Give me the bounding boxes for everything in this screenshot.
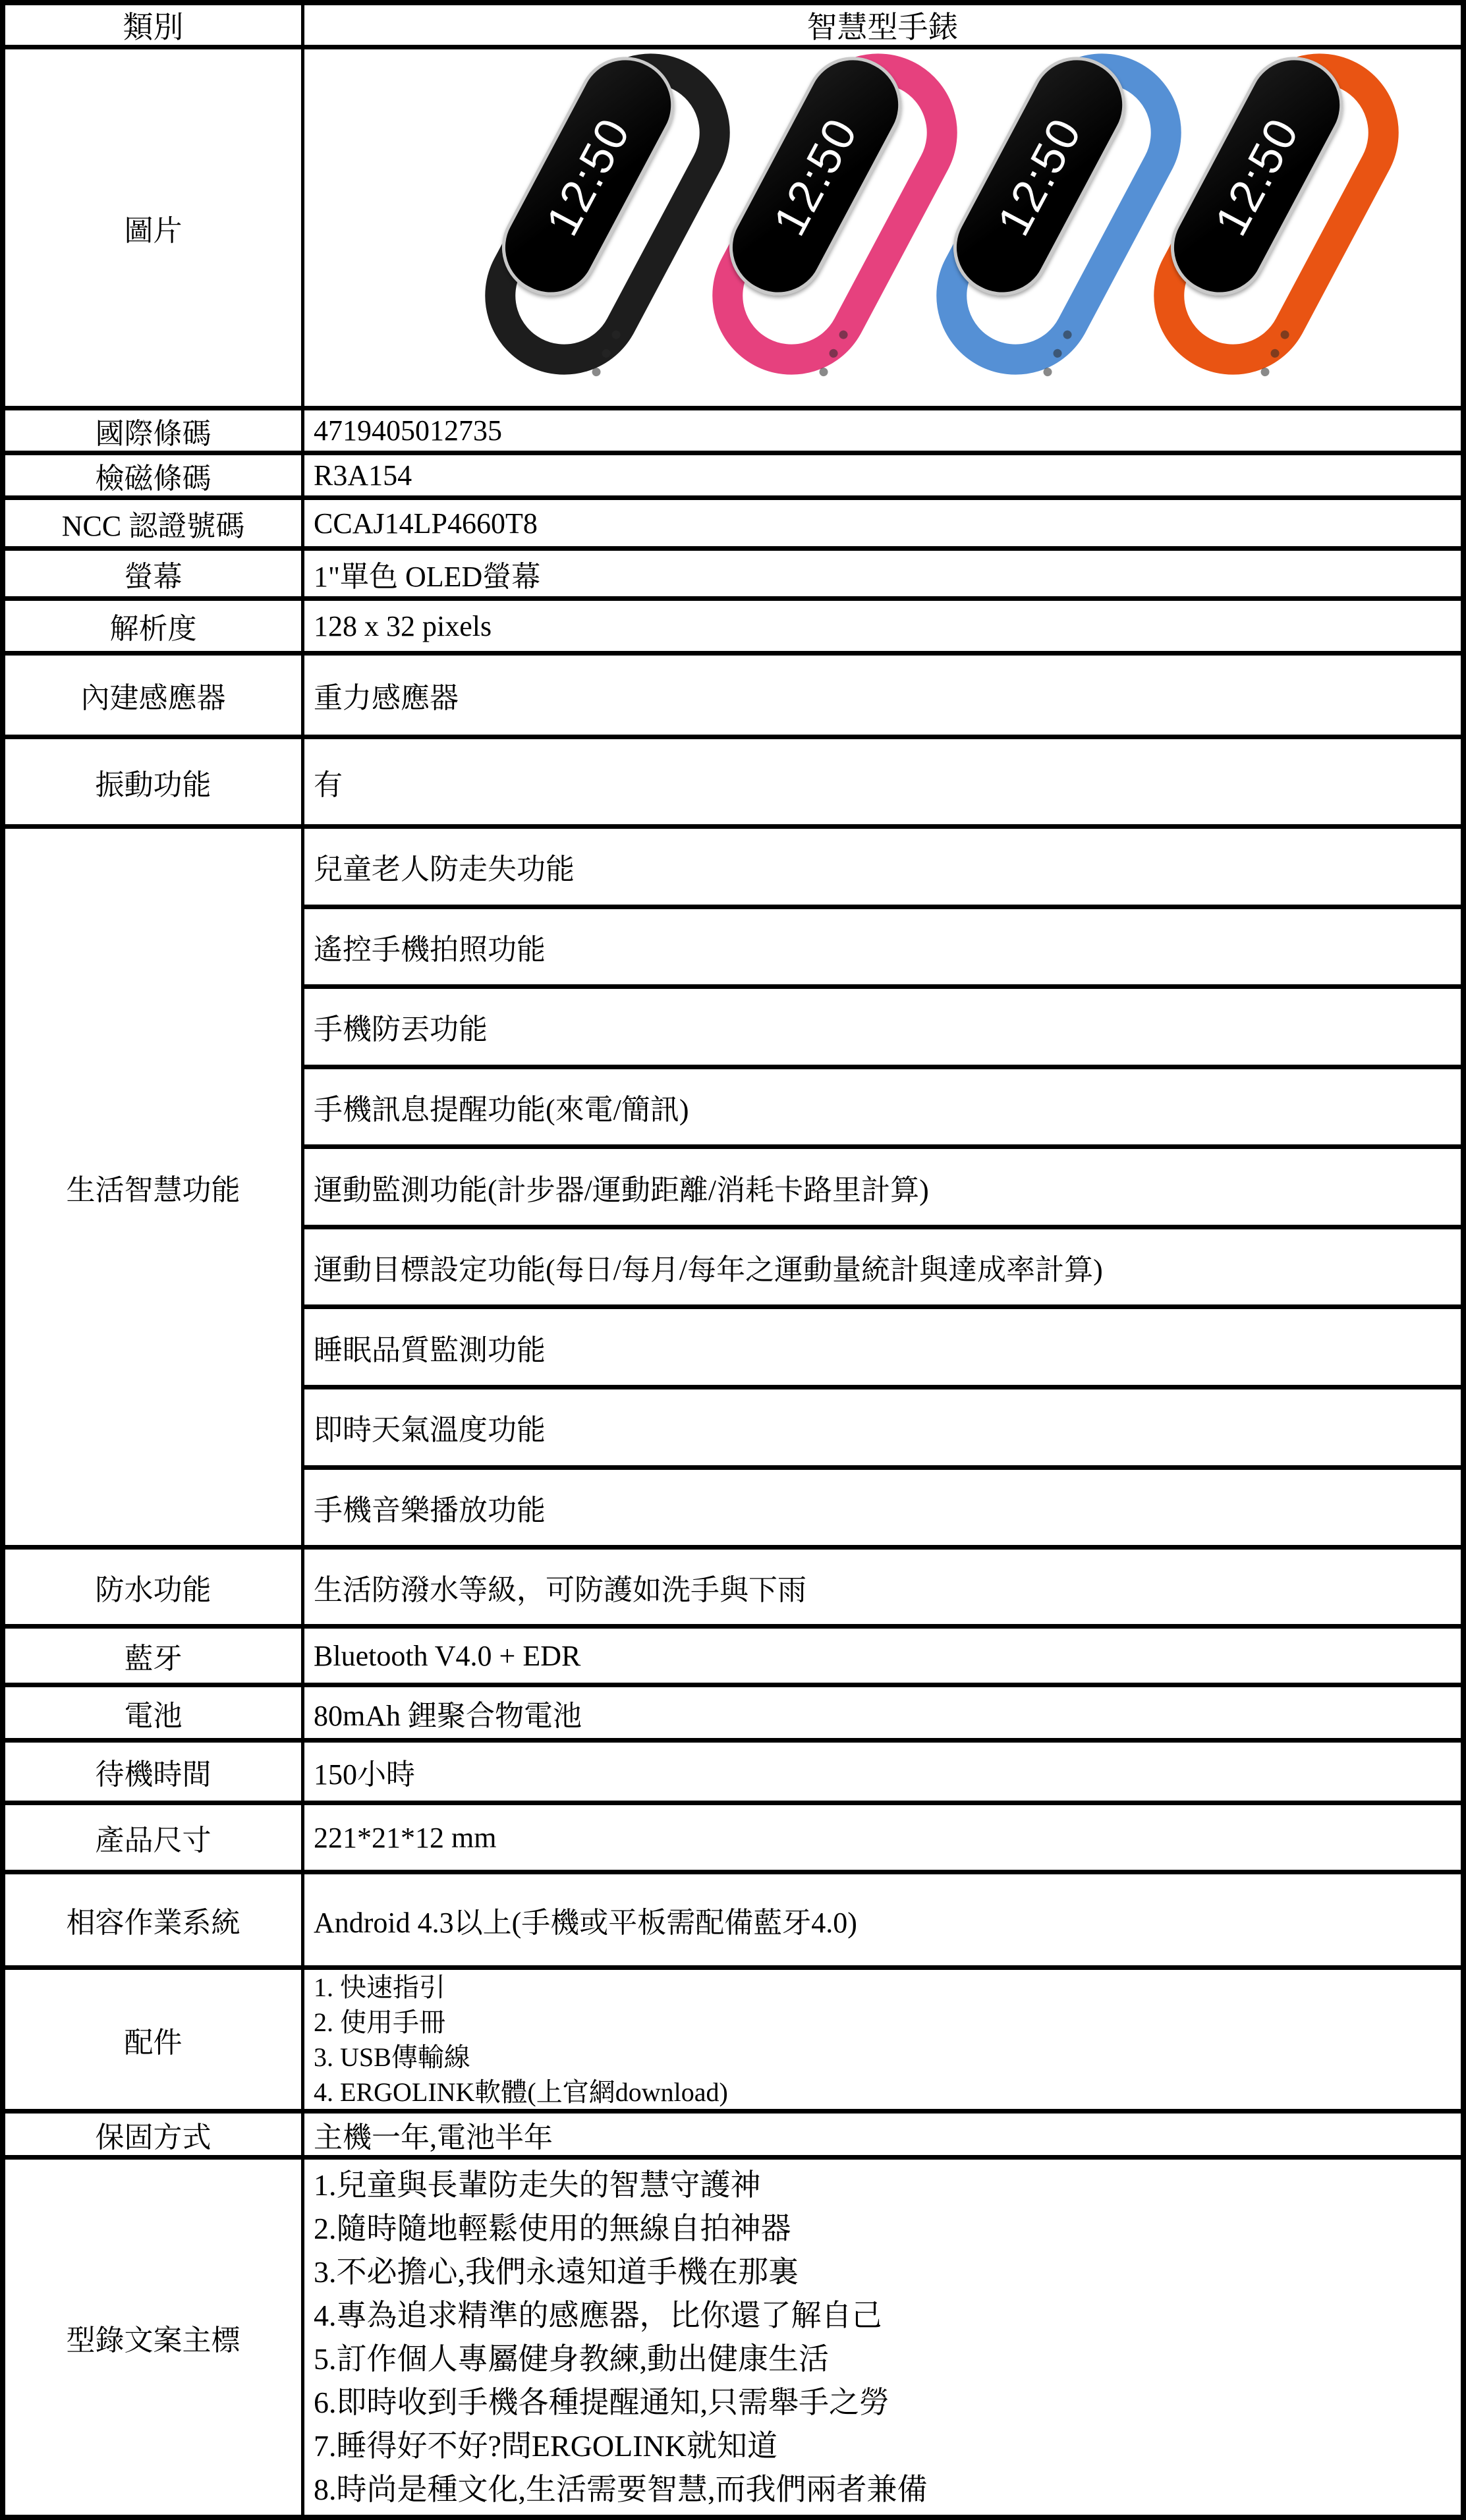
catalog-row: 型錄文案主標 1.兒童與長輩防走失的智慧守護神 2.隨時隨地輕鬆使用的無線自拍神… — [5, 2160, 1461, 2515]
accessory-item: 3. USB傳輸線 — [314, 2040, 470, 2075]
spec-label: 電池 — [5, 1687, 304, 1738]
spec-row-battery: 電池 80mAh 鋰聚合物電池 — [5, 1687, 1461, 1743]
spec-row-standby: 待機時間 150小時 — [5, 1743, 1461, 1805]
spec-row-magcode: 檢磁條碼 R3A154 — [5, 455, 1461, 500]
spec-value: 4719405012735 — [304, 410, 1461, 451]
product-photo: 12:50 12:50 12:50 — [304, 49, 1461, 406]
spec-row-os: 相容作業系統 Android 4.3以上(手機或平板需配備藍牙4.0) — [5, 1874, 1461, 1970]
feature-item: 即時天氣溫度功能 — [304, 1389, 1461, 1470]
spec-value: 生活防潑水等級，可防護如洗手與下雨 — [304, 1550, 1461, 1624]
spec-label: 螢幕 — [5, 551, 304, 596]
warranty-label: 保固方式 — [5, 2114, 304, 2155]
feature-item: 兒童老人防走失功能 — [304, 829, 1461, 909]
image-label: 圖片 — [5, 49, 304, 406]
spec-value: Android 4.3以上(手機或平板需配備藍牙4.0) — [304, 1874, 1461, 1965]
category-label: 類別 — [5, 5, 304, 45]
warranty-row: 保固方式 主機一年,電池半年 — [5, 2114, 1461, 2160]
catalog-item: 3.不必擔心,我們永遠知道手機在那裏 — [314, 2251, 799, 2294]
feature-item: 遙控手機拍照功能 — [304, 909, 1461, 990]
spec-value: 有 — [304, 739, 1461, 824]
accessory-item: 1. 快速指引 — [314, 1970, 445, 2005]
spec-value: 重力感應器 — [304, 656, 1461, 735]
spec-row-screen: 螢幕 1"單色 OLED螢幕 — [5, 551, 1461, 601]
category-value: 智慧型手錶 — [304, 5, 1461, 45]
spec-value: 1"單色 OLED螢幕 — [304, 551, 1461, 596]
spec-value: 150小時 — [304, 1743, 1461, 1801]
spec-row-bluetooth: 藍牙 Bluetooth V4.0 + EDR — [5, 1629, 1461, 1687]
feature-item: 睡眠品質監測功能 — [304, 1309, 1461, 1389]
smart-features-label: 生活智慧功能 — [5, 829, 304, 1545]
spec-label: 振動功能 — [5, 739, 304, 824]
spec-label: 防水功能 — [5, 1550, 304, 1624]
spec-label: 藍牙 — [5, 1629, 304, 1683]
spec-row-dimensions: 產品尺寸 221*21*12 mm — [5, 1805, 1461, 1874]
spec-row-resolution: 解析度 128 x 32 pixels — [5, 601, 1461, 656]
spec-label: 待機時間 — [5, 1743, 304, 1801]
catalog-item: 5.訂作個人專屬健身教練,動出健康生活 — [314, 2338, 829, 2381]
category-row: 類別 智慧型手錶 — [5, 5, 1461, 49]
catalog-item: 1.兒童與長輩防走失的智慧守護神 — [314, 2164, 761, 2207]
spec-value: CCAJ14LP4660T8 — [304, 500, 1461, 546]
catalog-item: 7.睡得好不好?問ERGOLINK就知道 — [314, 2424, 777, 2468]
wristband-black: 12:50 — [457, 49, 758, 403]
spec-row-ncc: NCC 認證號碼 CCAJ14LP4660T8 — [5, 500, 1461, 551]
spec-value: 221*21*12 mm — [304, 1805, 1461, 1870]
product-spec-table: 類別 智慧型手錶 圖片 12:50 12:50 — [0, 0, 1466, 2520]
spec-label: 國際條碼 — [5, 410, 304, 451]
spec-label: 解析度 — [5, 601, 304, 651]
spec-value: Bluetooth V4.0 + EDR — [304, 1629, 1461, 1683]
spec-label: 產品尺寸 — [5, 1805, 304, 1870]
feature-item: 運動監測功能(計步器/運動距離/消耗卡路里計算) — [304, 1149, 1461, 1229]
catalog-item: 2.隨時隨地輕鬆使用的無線自拍神器 — [314, 2207, 791, 2251]
spec-value: 80mAh 鋰聚合物電池 — [304, 1687, 1461, 1738]
catalog-item: 8.時尚是種文化,生活需要智慧,而我們兩者兼備 — [314, 2468, 928, 2511]
accessories-list: 1. 快速指引 2. 使用手冊 3. USB傳輸線 4. ERGOLINK軟體(… — [304, 1970, 1461, 2109]
spec-value: 128 x 32 pixels — [304, 601, 1461, 651]
accessories-row: 配件 1. 快速指引 2. 使用手冊 3. USB傳輸線 4. ERGOLINK… — [5, 1970, 1461, 2114]
spec-label: 相容作業系統 — [5, 1874, 304, 1965]
catalog-list: 1.兒童與長輩防走失的智慧守護神 2.隨時隨地輕鬆使用的無線自拍神器 3.不必擔… — [304, 2160, 1461, 2515]
spec-row-barcode: 國際條碼 4719405012735 — [5, 410, 1461, 455]
warranty-value: 主機一年,電池半年 — [304, 2114, 1461, 2155]
smart-features-list: 兒童老人防走失功能 遙控手機拍照功能 手機防丟功能 手機訊息提醒功能(來電/簡訊… — [304, 829, 1461, 1545]
spec-value: R3A154 — [304, 455, 1461, 495]
spec-label: 內建感應器 — [5, 656, 304, 735]
spec-label: NCC 認證號碼 — [5, 500, 304, 546]
accessory-item: 2. 使用手冊 — [314, 2005, 445, 2040]
catalog-label: 型錄文案主標 — [5, 2160, 304, 2515]
catalog-item: 6.即時收到手機各種提醒通知,只需舉手之勞 — [314, 2381, 889, 2424]
accessory-item: 4. ERGOLINK軟體(上官網download) — [314, 2075, 728, 2110]
feature-item: 運動目標設定功能(每日/每月/每年之運動量統計與達成率計算) — [304, 1229, 1461, 1310]
spec-row-waterproof: 防水功能 生活防潑水等級，可防護如洗手與下雨 — [5, 1550, 1461, 1629]
accessories-label: 配件 — [5, 1970, 304, 2109]
catalog-item: 4.專為追求精準的感應器，比你還了解自己 — [314, 2294, 882, 2338]
feature-item: 手機防丟功能 — [304, 989, 1461, 1069]
image-row: 圖片 12:50 12:50 — [5, 49, 1461, 410]
feature-item: 手機訊息提醒功能(來電/簡訊) — [304, 1069, 1461, 1150]
spec-row-vibration: 振動功能 有 — [5, 739, 1461, 829]
spec-label: 檢磁條碼 — [5, 455, 304, 495]
smart-features-row: 生活智慧功能 兒童老人防走失功能 遙控手機拍照功能 手機防丟功能 手機訊息提醒功… — [5, 829, 1461, 1550]
feature-item: 手機音樂播放功能 — [304, 1470, 1461, 1546]
spec-row-sensor: 內建感應器 重力感應器 — [5, 656, 1461, 739]
